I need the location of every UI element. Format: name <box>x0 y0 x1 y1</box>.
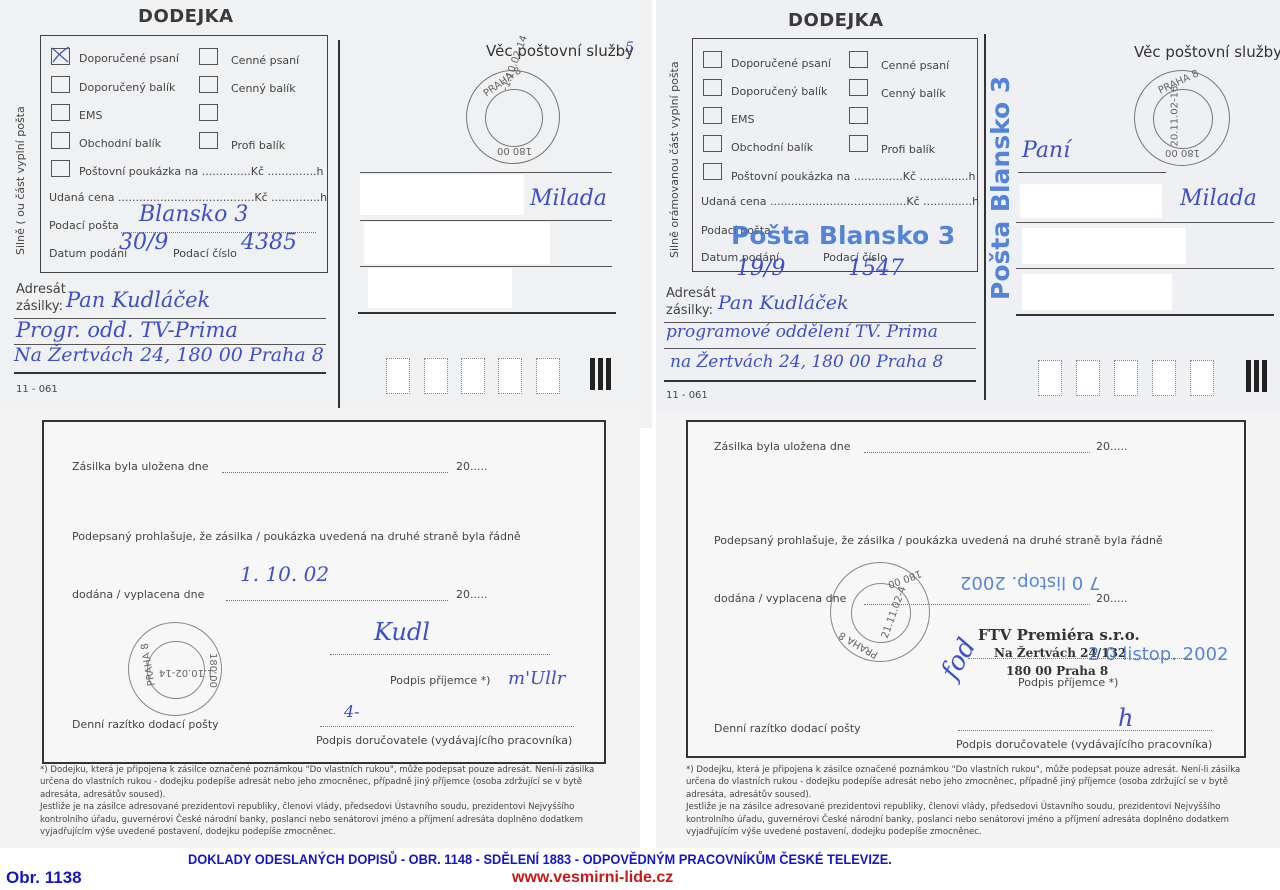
footnote: *) Dodejku, která je připojena k zásilce… <box>40 764 605 838</box>
checkbox-blank[interactable] <box>849 107 868 124</box>
hw-posting-date: 19/9 <box>736 256 785 281</box>
receipt-back-right: Zásilka byla uložena dne 20..... Podepsa… <box>656 412 1280 848</box>
hw-addressee-3: Na Žertvách 24, 180 00 Praha 8 <box>14 344 324 366</box>
form-title: DODEJKA <box>138 6 234 27</box>
hw-sender-title: Paní <box>1022 138 1070 163</box>
blue-date-stamp-upside-down: 7 0 listop. 2002 <box>960 572 1100 593</box>
label-datum-podani: Datum podání <box>49 247 127 260</box>
figure-number: Obr. 1138 <box>6 868 82 888</box>
checkbox-doporuceny-balik[interactable] <box>51 76 70 93</box>
label-postovni-poukazka: Poštovní poukázka na ..............Kč ..… <box>79 165 323 178</box>
receipt-front-right: DODEJKA Silně orámovanou část vyplní poš… <box>656 0 1280 412</box>
checkbox-postovni-poukazka[interactable] <box>703 163 722 180</box>
hw-posting-number: 1547 <box>848 256 904 281</box>
post-office-box: Doporučené psaní Doporučený balík EMS Ob… <box>692 38 978 272</box>
side-note: Silně ( ou část vyplní pošta <box>14 106 27 255</box>
barcode-marks <box>590 358 611 390</box>
hw-sender-name: Milada <box>1180 186 1257 211</box>
delivery-box: Zásilka byla uložena dne 20..... Podepsa… <box>686 420 1246 758</box>
redacted-sender-1 <box>1020 184 1162 218</box>
hw-sender-name: Milada <box>530 186 607 211</box>
barcode-marks <box>1246 360 1267 392</box>
receipt-back-left: Zásilka byla uložena dne 20..... Podepsa… <box>0 408 640 848</box>
hw-addressee-3: na Žertvách 24, 180 00 Praha 8 <box>670 352 943 372</box>
checkbox-ems[interactable] <box>51 104 70 121</box>
redacted-sender-3 <box>1022 274 1172 310</box>
service-label: Věc poštovní služby <box>486 42 634 60</box>
addressee-label: Adresát <box>16 281 66 298</box>
hw-posting-date: 30/9 <box>119 230 168 255</box>
delivery-box: Zásilka byla uložena dne 20..... Podepsa… <box>42 420 606 764</box>
checkbox-obchodni-balik[interactable] <box>703 135 722 152</box>
label-delivered: dodána / vyplacena dne <box>72 588 204 601</box>
addressee-label-2: zásilky: <box>16 298 63 315</box>
label-profi-balik: Profi balík <box>231 139 285 152</box>
label-recipient-signature: Podpis příjemce *) <box>390 674 490 687</box>
post-office-box: Doporučené psaní Doporučený balík EMS Ob… <box>40 35 328 273</box>
checkbox-doporucene-psani[interactable] <box>51 48 70 65</box>
hw-recipient-signature: fod <box>935 633 982 684</box>
postmark-praha-8: 20.11.02-16 PRAHA 8 180 00 <box>1134 70 1230 166</box>
caption-title: DOKLADY ODESLANÝCH DOPISŮ - OBR. 1148 - … <box>188 852 892 867</box>
form-title: DODEJKA <box>788 10 884 31</box>
check-mark-icon <box>50 46 70 64</box>
checkbox-ems[interactable] <box>703 107 722 124</box>
postmark-praha-8: -1.10.02-14 PRAHA 8 180 00 <box>466 70 560 164</box>
label-cenne-psani: Cenné psaní <box>231 54 299 67</box>
hw-addressee-1: Pan Kudláček <box>66 288 210 312</box>
checkbox-cenny-balik[interactable] <box>849 79 868 96</box>
checkbox-profi-balik[interactable] <box>199 132 218 149</box>
label-doporucene-psani: Doporučené psaní <box>79 52 179 65</box>
hw-addressee-1: Pan Kudláček <box>718 292 849 314</box>
redacted-sender-2 <box>364 222 550 264</box>
checkbox-doporucene-psani[interactable] <box>703 51 722 68</box>
label-declaration: Podepsaný prohlašuje, že zásilka / pouká… <box>72 530 521 543</box>
hw-courier-signature: 4- <box>344 702 360 721</box>
company-stamp-name: FTV Premiéra s.r.o. <box>978 626 1140 644</box>
website-link[interactable]: www.vesmirni-lide.cz <box>512 869 673 887</box>
label-doporuceny-balik: Doporučený balík <box>79 81 175 94</box>
label-daily-stamp: Denní razítko dodací pošty <box>72 718 219 731</box>
receipt-front-left: DODEJKA Silně ( ou část vyplní pošta Dop… <box>0 0 652 428</box>
hw-recipient-extra: m'Ullr <box>508 668 565 689</box>
hw-addressee-2: Progr. odd. TV-Prima <box>16 318 238 342</box>
checkbox-blank[interactable] <box>199 104 218 121</box>
hw-posting-office: Blansko 3 <box>139 202 248 227</box>
hw-courier-signature: h <box>1118 704 1133 732</box>
postmark-delivery: 21.11.02-4 180 00 PRAHA 8 <box>830 562 930 662</box>
hw-recipient-signature: Kudl <box>374 618 430 646</box>
checkbox-cenne-psani[interactable] <box>199 48 218 65</box>
label-stored: Zásilka byla uložena dne <box>72 460 209 473</box>
footnote: *) Dodejku, která je připojena k zásilce… <box>686 764 1254 838</box>
hw-addressee-2: programové oddělení TV. Prima <box>666 322 938 342</box>
checkbox-cenne-psani[interactable] <box>849 51 868 68</box>
redacted-sender-3 <box>368 268 512 308</box>
label-ems: EMS <box>79 109 102 122</box>
blue-date-stamp: 2 0 listop. 2002 <box>1088 644 1228 665</box>
side-note: Silně orámovanou část vyplní pošta <box>668 61 681 258</box>
label-obchodni-balik: Obchodní balík <box>79 137 161 150</box>
page-caption: DOKLADY ODESLANÝCH DOPISŮ - OBR. 1148 - … <box>0 850 1280 890</box>
form-number: 11 - 061 <box>16 384 58 395</box>
hw-posting-number: 4385 <box>241 230 297 255</box>
label-podaci-cislo: Podací číslo <box>173 247 237 260</box>
hw-corner-mark: 5 <box>625 40 634 56</box>
checkbox-postovni-poukazka[interactable] <box>51 160 70 177</box>
label-cenny-balik: Cenný balík <box>231 82 296 95</box>
service-label: Věc poštovní služby <box>1134 43 1280 61</box>
postmark-delivery: -1.10.02-14 PRAHA 8 180 00 <box>128 622 222 716</box>
blue-post-stamp-vertical: Pošta Blansko 3 <box>986 76 1015 300</box>
hw-delivery-date: 1. 10. 02 <box>240 562 329 586</box>
checkbox-doporuceny-balik[interactable] <box>703 79 722 96</box>
blue-post-stamp-horizontal: Pošta Blansko 3 <box>731 221 955 250</box>
addressee-label: Adresát <box>666 285 716 302</box>
label-podaci-posta: Podací pošta <box>49 219 119 232</box>
redacted-sender-2 <box>1022 228 1186 264</box>
redacted-sender-1 <box>360 175 524 215</box>
label-courier-signature: Podpis doručovatele (vydávajícího pracov… <box>316 734 572 747</box>
checkbox-cenny-balik[interactable] <box>199 76 218 93</box>
checkbox-profi-balik[interactable] <box>849 135 868 152</box>
checkbox-obchodni-balik[interactable] <box>51 132 70 149</box>
